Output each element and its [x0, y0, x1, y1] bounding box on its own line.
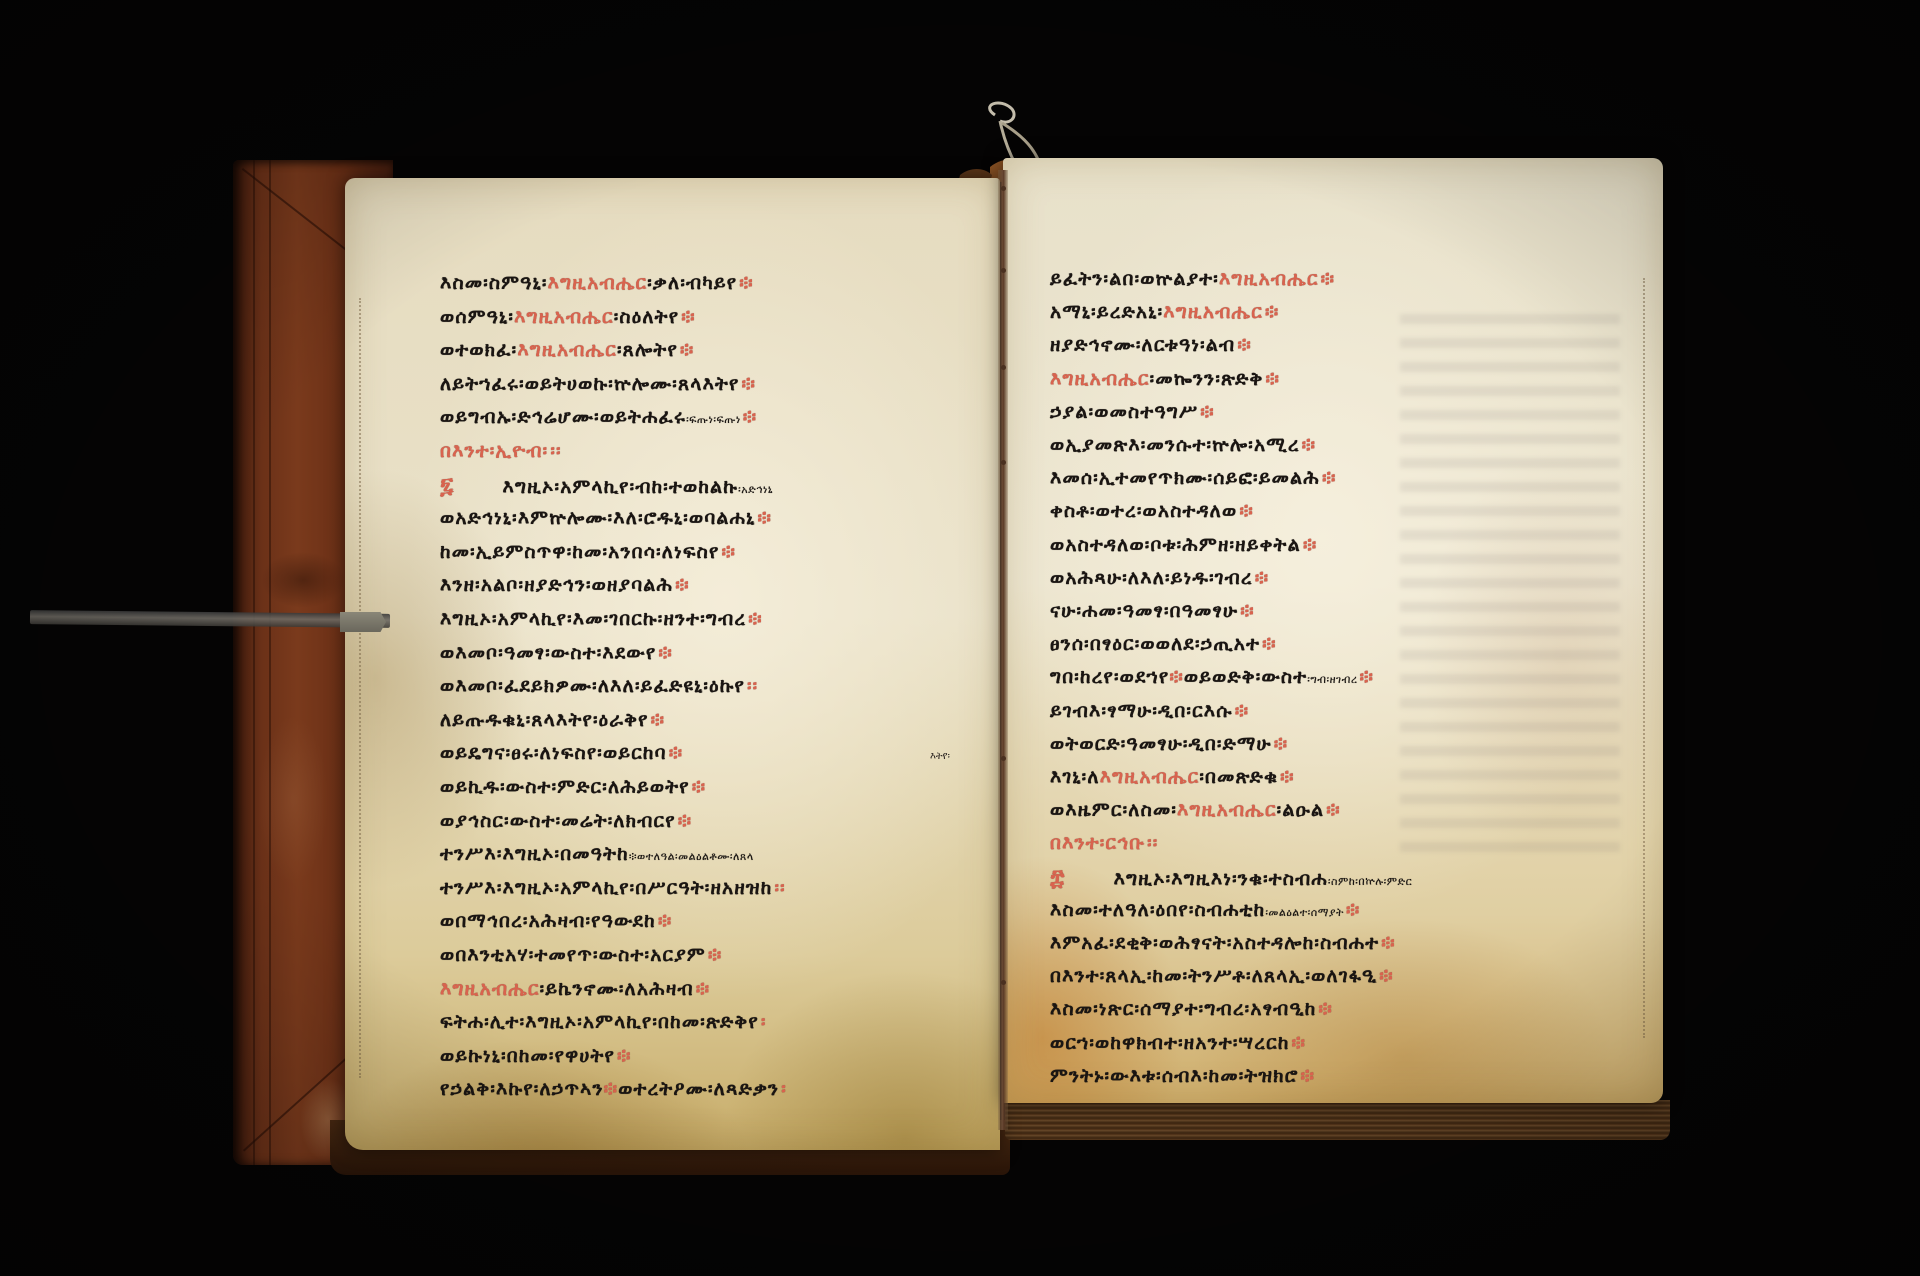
section-mark: ፨: [1262, 633, 1277, 655]
sewing-station: [1001, 460, 1006, 465]
line-text: ይፈትን፡ልበ፡ወኵልያተ፡: [1050, 268, 1219, 290]
line-text: ናሁ፡ሐመ፡ዓመፃ፡በዓመፃሁ: [1050, 600, 1238, 622]
line-text: ለይትኀፈሩ፡ወይትሀወኩ፡ኵሎሙ፡ጸላእትየ: [440, 373, 740, 395]
manuscript-line: እስመ፡ተለዓለ፡ዕበየ፡ስብሐቲከ፡መልዕልተ፡ሰማያት፨: [1050, 899, 1360, 921]
manuscript-line: ወይግብኡ፡ድኅሬሆሙ፡ወይትሐፈሩ፡ፍጡነ፡ፍጡነ፨: [440, 406, 757, 428]
manuscript-line: ግበ፡ከረየ፡ወደኀየ፨ወይወድቅ፡ውስተ፡ግብ፡ዘገብረ፨: [1050, 666, 1374, 688]
manuscript-line: ወእዜምር፡ለስመ፡እግዚአብሔር፡ልዑል፨: [1050, 799, 1341, 821]
manuscript-line: እግዚአብሔር፡ይኬንኖሙ፡ለአሕዛብ፨: [440, 978, 710, 1000]
rubric-text: ፨: [604, 1078, 619, 1100]
section-mark: ፨: [739, 272, 754, 294]
section-mark: ፨: [708, 944, 723, 966]
line-text: ወኢያመጽእ፡መንሱተ፡ኵሎ፡አሚረ: [1050, 434, 1300, 456]
manuscript-line: በእንተ፡ርኅቡ፡፡: [1050, 832, 1158, 854]
section-mark: ፨: [721, 541, 736, 563]
metal-bookmark: [30, 610, 390, 628]
manuscript-line: ፰እግዚኦ፡እግዚእነ፡ንቁ፡ተስብሐ፡ስምከ፡በኵሉ፡ምድር: [1050, 866, 1412, 891]
section-mark: ፨: [1381, 932, 1396, 954]
section-mark: ፡፡: [747, 675, 758, 697]
line-text: ፡መኰንን፡ጽድቅ: [1150, 368, 1264, 390]
line-text: ምንትኑ፡ውእቱ፡ሰብእ፡ከመ፡ትዝክሮ: [1050, 1065, 1299, 1087]
section-mark: ፡፡: [774, 877, 785, 899]
manuscript-line: ወትወርድ፡ዓመፃሁ፡ዲበ፡ድማሁ፨: [1050, 733, 1288, 755]
right-page-text: ይፈትን፡ልበ፡ወኵልያተ፡እግዚአብሔር፨አማኒ፡ይረድአኒ፡እግዚአብሔር፨…: [1050, 268, 1630, 1048]
section-mark: ፨: [742, 373, 757, 395]
section-mark: ፨: [748, 608, 763, 630]
section-mark: ፨: [743, 406, 758, 428]
bookmark-tip: [340, 612, 386, 632]
line-text: ወተረትዖሙ፡ለጻድቃን: [618, 1078, 779, 1100]
sewing-station: [1001, 756, 1006, 761]
line-text: ተንሥእ፡እግዚኦ፡አምላኪየ፡በሥርዓት፡ዘአዘዝከ: [440, 877, 772, 899]
manuscript-line: ምንትኑ፡ውእቱ፡ሰብእ፡ከመ፡ትዝክሮ፨: [1050, 1065, 1315, 1087]
manuscript-line: ኃያል፡ወመስተዓግሥ፨: [1050, 401, 1215, 423]
section-mark: ፨: [1239, 500, 1254, 522]
manuscript-line: ተንሥእ፡እግዚኦ፡በመዓትከ፨ወተለዓል፡መልዕልቶሙ፡ለጸላ: [440, 843, 754, 865]
manuscript-line: ከመ፡ኢይምስጥዋ፡ከመ፡አንበሳ፡ለነፍስየ፨: [440, 541, 736, 563]
line-text: እምአፈ፡ደቂቅ፡ወሕፃናት፡አስተዳሎከ፡ስብሐተ: [1050, 932, 1379, 954]
manuscript-line: ወበእንቲአሃ፡ተመየጥ፡ውስተ፡አርያም፨: [440, 944, 722, 966]
manuscript-line: እመሰ፡ኢተመየጥክሙ፡ሰይፎ፡ይመልሕ፨: [1050, 467, 1337, 489]
section-mark: ፨: [658, 642, 673, 664]
section-mark: ፨: [1359, 666, 1374, 688]
line-text: ወይኩነኒ፡በከመ፡የዋሀትየ: [440, 1045, 615, 1067]
rubric-text: በእንተ፡ኢዮብ፡: [440, 440, 548, 462]
manuscript-line: እግዚኦ፡አምላኪየ፡እመ፡ገበርኩ፡ዘንተ፡ግብረ፨: [440, 608, 763, 630]
section-mark: ፨: [1292, 1032, 1307, 1054]
line-text: ወአድኅነኒ፡እምኵሎሙ፡እለ፡ሮዱኒ፡ወባልሐኒ: [440, 507, 755, 529]
rubric-text: እግዚአብሔር: [548, 272, 648, 294]
line-text: ፡ፍጡነ፡ፍጡነ: [686, 413, 741, 426]
section-mark: ፨: [1255, 567, 1270, 589]
manuscript-line: እስመ፡ነጽር፡ሰማያተ፡ግብረ፡አፃብዒከ፨: [1050, 998, 1333, 1020]
section-mark: ፨: [757, 507, 772, 529]
line-text: ወርኀ፡ወከዋክብተ፡ዘአንተ፡ሣረርከ: [1050, 1032, 1290, 1054]
line-text: ፡አድኅነኒ: [738, 483, 773, 496]
section-mark: ፨: [1274, 733, 1289, 755]
cover-spine-line: [269, 160, 271, 1165]
manuscript-line: ናሁ፡ሐመ፡ዓመፃ፡በዓመፃሁ፨: [1050, 600, 1255, 622]
line-text: እግዚኦ፡አምላኪየ፡ብከ፡ተወከልኩ: [503, 476, 739, 498]
manuscript-line: ወበማኅበረ፡አሕዛብ፡የዓውደከ፨: [440, 910, 672, 932]
manuscript-line: ወርኀ፡ወከዋክብተ፡ዘአንተ፡ሣረርከ፨: [1050, 1032, 1306, 1054]
section-mark: ፨: [692, 776, 707, 798]
manuscript-line: ወአድኅነኒ፡እምኵሎሙ፡እለ፡ሮዱኒ፡ወባልሐኒ፨: [440, 507, 772, 529]
sewing-station: [1001, 268, 1006, 273]
section-mark: ፨: [680, 339, 695, 361]
line-text: ወበማኅበረ፡አሕዛብ፡የዓውደከ: [440, 910, 656, 932]
section-mark: ፨: [1318, 998, 1333, 1020]
section-mark: ፨: [669, 742, 684, 764]
sewing-station: [1001, 365, 1006, 370]
section-mark: ፨: [617, 1045, 632, 1067]
line-text: እግዚኦ፡አምላኪየ፡እመ፡ገበርኩ፡ዘንተ፡ግብረ: [440, 608, 746, 630]
manuscript-line: ወይኪዱ፡ውስተ፡ምድር፡ለሕይወትየ፨: [440, 776, 706, 798]
line-text: እመሰ፡ኢተመየጥክሙ፡ሰይፎ፡ይመልሕ: [1050, 467, 1320, 489]
section-mark: ፨: [1379, 965, 1394, 987]
manuscript-line: በእንተ፡ጸላኢ፡ከመ፡ትንሥቶ፡ለጸላኢ፡ወለገፋዒ፨: [1050, 965, 1394, 987]
section-mark: ፨: [678, 810, 693, 832]
manuscript-line: ዘያድኅኖሙ፡ለርቱዓነ፡ልብ፨: [1050, 334, 1252, 356]
manuscript-line: ወይኩነኒ፡በከመ፡የዋሀትየ፨: [440, 1045, 632, 1067]
line-text: ፡ቃለ፡ብካይየ: [647, 272, 737, 294]
manuscript-line: ወተወክፈ፡እግዚአብሔር፡ጸሎትየ፨: [440, 339, 694, 361]
line-text: ወያኅስር፡ውስተ፡መሬት፡ለክብርየ: [440, 810, 676, 832]
cover-spine-line: [253, 160, 255, 1165]
manuscript-line: ወኢያመጽእ፡መንሱተ፡ኵሎ፡አሚረ፨: [1050, 434, 1316, 456]
line-text: ወአስተዳለወ፡ቦቱ፡ሕምዘ፡ዘይቀትል: [1050, 534, 1301, 556]
line-text: ወእመቦ፡ዓመፃ፡ውስተ፡እደውየ: [440, 642, 656, 664]
line-text: ወይግብኡ፡ድኅሬሆሙ፡ወይትሐፈሩ: [440, 406, 686, 428]
rubric-text: እግዚአብሔር: [1050, 368, 1150, 390]
rubric-text: እግዚአብሔር: [517, 339, 617, 361]
section-mark: ፡፡: [1147, 832, 1158, 854]
line-text: ኃያል፡ወመስተዓግሥ: [1050, 401, 1198, 423]
manuscript-line: ወይዴግና፡ፀሩ፡ለነፍስየ፡ወይርከባ፨: [440, 742, 683, 764]
manuscript-line: ተንሥእ፡እግዚኦ፡አምላኪየ፡በሥርዓት፡ዘአዘዝከ፡፡: [440, 877, 786, 899]
section-mark: ፨: [1321, 268, 1336, 290]
line-text: ፡ስምከ፡በኵሉ፡ምድር: [1328, 875, 1412, 888]
rubric-text: እግዚአብሔር: [514, 306, 614, 328]
line-text: ዘያድኅኖሙ፡ለርቱዓነ፡ልብ: [1050, 334, 1235, 356]
line-text: ፡መልዕልተ፡ሰማያት: [1265, 906, 1344, 919]
line-text: ወእዜምር፡ለስመ፡: [1050, 799, 1177, 821]
line-text: ፡ስዕለትየ: [614, 306, 679, 328]
line-text: ፡ግብ፡ዘገብረ: [1307, 673, 1357, 686]
line-text: ቀስቶ፡ወተረ፡ወአስተዳለወ: [1050, 500, 1237, 522]
line-text: ፨ወተለዓል፡መልዕልቶሙ፡ለጸላ: [629, 850, 754, 863]
section-mark: ፨: [1303, 534, 1318, 556]
section-mark: ፨: [1265, 301, 1280, 323]
section-mark: ፨: [1240, 600, 1255, 622]
manuscript-line: ወያኅስር፡ውስተ፡መሬት፡ለክብርየ፨: [440, 810, 692, 832]
manuscript-line: ወአሕጻሁ፡ለእለ፡ይነዱ፡ገብረ፨: [1050, 567, 1269, 589]
left-page-text: እስመ፡ስምዓኒ፡እግዚአብሔር፡ቃለ፡ብካይየ፨ወሰምዓኒ፡እግዚአብሔር፡ስ…: [440, 272, 1000, 1092]
line-text: እግዚኦ፡እግዚእነ፡ንቁ፡ተስብሐ: [1114, 868, 1328, 890]
manuscript-line: ወእመቦ፡ዓመፃ፡ውስተ፡እደውየ፨: [440, 642, 673, 664]
line-text: ወይወድቅ፡ውስተ: [1184, 666, 1307, 688]
section-mark: ፨: [681, 306, 696, 328]
section-mark: ፨: [1235, 700, 1250, 722]
section-mark: ፨: [651, 709, 666, 731]
line-text: ግበ፡ከረየ፡ወደኀየ: [1050, 666, 1169, 688]
manuscript-line: አማኒ፡ይረድአኒ፡እግዚአብሔር፨: [1050, 301, 1279, 323]
line-text: ወትወርድ፡ዓመፃሁ፡ዲበ፡ድማሁ: [1050, 733, 1272, 755]
line-text: እገኒ፡ለ: [1050, 766, 1100, 788]
line-text: ወእመቦ፡ፈደይክዎሙ፡ለእለ፡ይፈድዩኒ፡ዕኩየ: [440, 675, 745, 697]
margin-note: እትየ፡: [930, 751, 950, 762]
psalm-number: ፯: [440, 474, 455, 499]
section-mark: ፨: [1322, 467, 1337, 489]
line-text: ወይኪዱ፡ውስተ፡ምድር፡ለሕይወትየ: [440, 776, 690, 798]
section-mark: ፡: [781, 1078, 787, 1100]
section-mark: ፡: [761, 1011, 767, 1033]
section-mark: ፨: [696, 978, 711, 1000]
rubric-text: እግዚአብሔር: [440, 978, 540, 1000]
manuscript-line: ፯እግዚኦ፡አምላኪየ፡ብከ፡ተወከልኩ፡አድኅነኒ: [440, 474, 773, 499]
section-mark: ፨: [1346, 899, 1361, 921]
rubric-text: እግዚአብሔር: [1219, 268, 1319, 290]
manuscript-line: ወአስተዳለወ፡ቦቱ፡ሕምዘ፡ዘይቀትል፨: [1050, 534, 1317, 556]
manuscript-line: ይፈትን፡ልበ፡ወኵልያተ፡እግዚአብሔር፨: [1050, 268, 1335, 290]
sewing-station: [1001, 980, 1006, 985]
line-text: የኃልቅ፡እኩየ፡ለኃጥኣን: [440, 1078, 604, 1100]
sewing-station: [1001, 186, 1006, 191]
section-mark: ፨: [675, 574, 690, 596]
manuscript-line: እገኒ፡ለእግዚአብሔር፡በመጽድቁ፨: [1050, 766, 1295, 788]
line-text: ፡በመጽድቁ: [1199, 766, 1278, 788]
manuscript-line: ቀስቶ፡ወተረ፡ወአስተዳለወ፨: [1050, 500, 1254, 522]
section-mark: ፨: [1266, 368, 1281, 390]
section-mark: ፨: [1302, 434, 1317, 456]
pricking-marks: [1643, 278, 1648, 1038]
manuscript-line: በእንተ፡ኢዮብ፡፡፡: [440, 440, 562, 462]
section-mark: ፡፡: [550, 440, 561, 462]
line-text: አማኒ፡ይረድአኒ፡: [1050, 301, 1163, 323]
manuscript-photo: እስመ፡ስምዓኒ፡እግዚአብሔር፡ቃለ፡ብካይየ፨ወሰምዓኒ፡እግዚአብሔር፡ስ…: [0, 0, 1920, 1276]
manuscript-line: ይገብእ፡ፃማሁ፡ዲበ፡ርእሱ፨: [1050, 700, 1249, 722]
line-text: ወይዴግና፡ፀሩ፡ለነፍስየ፡ወይርከባ: [440, 742, 667, 764]
section-mark: ፨: [658, 910, 673, 932]
line-text: ፡ይኬንኖሙ፡ለአሕዛብ: [540, 978, 694, 1000]
line-text: በእንተ፡ጸላኢ፡ከመ፡ትንሥቶ፡ለጸላኢ፡ወለገፋዒ: [1050, 965, 1377, 987]
line-text: ፀንሰ፡በፃዕር፡ወወለደ፡ኃጢአተ: [1050, 633, 1260, 655]
line-text: እስመ፡ተለዓለ፡ዕበየ፡ስብሐቲከ: [1050, 899, 1265, 921]
pricking-marks: [359, 298, 364, 1078]
line-text: ተንሥእ፡እግዚኦ፡በመዓትከ: [440, 843, 629, 865]
manuscript-line: ፀንሰ፡በፃዕር፡ወወለደ፡ኃጢአተ፨: [1050, 633, 1277, 655]
rubric-text: እግዚአብሔር: [1177, 799, 1277, 821]
manuscript-line: የኃልቅ፡እኩየ፡ለኃጥኣን፨ወተረትዖሙ፡ለጻድቃን፡: [440, 1078, 787, 1100]
line-text: እስመ፡ነጽር፡ሰማያተ፡ግብረ፡አፃብዒከ: [1050, 998, 1316, 1020]
rubric-text: እግዚአብሔር: [1100, 766, 1200, 788]
rubric-text: እግዚአብሔር: [1163, 301, 1263, 323]
manuscript-line: ፍትሐ፡ሊተ፡እግዚኦ፡አምላኪየ፡በከመ፡ጽድቅየ፡: [440, 1011, 767, 1033]
manuscript-line: እምአፈ፡ደቂቅ፡ወሕፃናት፡አስተዳሎከ፡ስብሐተ፨: [1050, 932, 1396, 954]
line-text: እስመ፡ስምዓኒ፡: [440, 272, 548, 294]
section-mark: ፨: [1326, 799, 1341, 821]
line-text: ፍትሐ፡ሊተ፡እግዚኦ፡አምላኪየ፡በከመ፡ጽድቅየ: [440, 1011, 759, 1033]
manuscript-line: እንዘ፡አልቦ፡ዘያድኅን፡ወዘያባልሕ፨: [440, 574, 690, 596]
manuscript-line: ለይትኀፈሩ፡ወይትሀወኩ፡ኵሎሙ፡ጸላእትየ፨: [440, 373, 756, 395]
manuscript-line: እግዚአብሔር፡መኰንን፡ጽድቅ፨: [1050, 368, 1280, 390]
line-text: ወበእንቲአሃ፡ተመየጥ፡ውስተ፡አርያም: [440, 944, 706, 966]
line-text: ለይጡዱቁኒ፡ጸላእትየ፡ዕራቅየ: [440, 709, 649, 731]
rubric-text: በእንተ፡ርኅቡ: [1050, 832, 1145, 854]
line-text: ፡ልዑል: [1277, 799, 1325, 821]
section-mark: ፨: [1280, 766, 1295, 788]
line-text: ይገብእ፡ፃማሁ፡ዲበ፡ርእሱ: [1050, 700, 1233, 722]
manuscript-line: እስመ፡ስምዓኒ፡እግዚአብሔር፡ቃለ፡ብካይየ፨: [440, 272, 754, 294]
section-mark: ፨: [1200, 401, 1215, 423]
manuscript-line: ወሰምዓኒ፡እግዚአብሔር፡ስዕለትየ፨: [440, 306, 696, 328]
line-text: እንዘ፡አልቦ፡ዘያድኅን፡ወዘያባልሕ: [440, 574, 673, 596]
section-mark: ፨: [1301, 1065, 1316, 1087]
line-text: ፡ጸሎትየ: [617, 339, 678, 361]
line-text: ወአሕጻሁ፡ለእለ፡ይነዱ፡ገብረ: [1050, 567, 1253, 589]
line-text: ወሰምዓኒ፡: [440, 306, 514, 328]
section-mark: ፨: [1237, 334, 1252, 356]
psalm-number: ፰: [1050, 866, 1066, 891]
manuscript-line: ለይጡዱቁኒ፡ጸላእትየ፡ዕራቅየ፨: [440, 709, 665, 731]
line-text: ወተወክፈ፡: [440, 339, 517, 361]
line-text: ከመ፡ኢይምስጥዋ፡ከመ፡አንበሳ፡ለነፍስየ: [440, 541, 719, 563]
page-stack-right: [1005, 1100, 1670, 1140]
rubric-text: ፨: [1169, 666, 1184, 688]
manuscript-line: ወእመቦ፡ፈደይክዎሙ፡ለእለ፡ይፈድዩኒ፡ዕኩየ፡፡: [440, 675, 758, 697]
